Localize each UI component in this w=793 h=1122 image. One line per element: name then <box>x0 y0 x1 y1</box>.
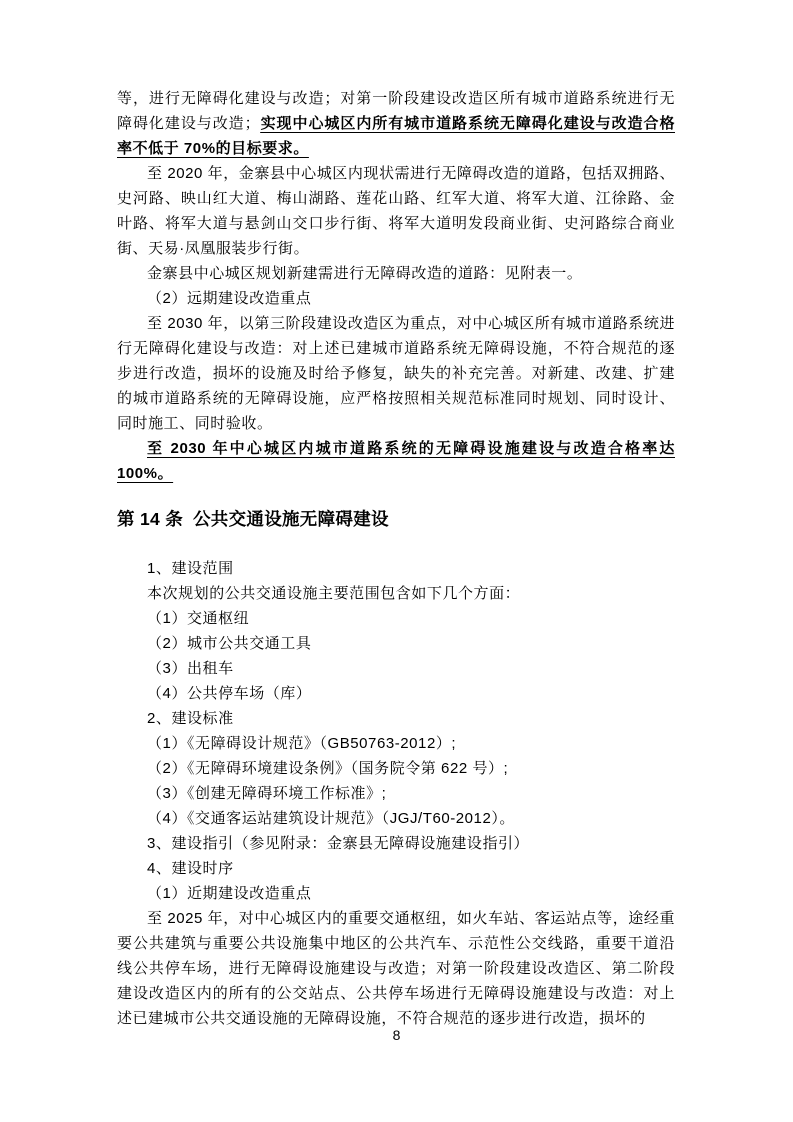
paragraph-2030-target: 至 2030 年中心城区内城市道路系统的无障碍设施建设与改造合格率达 100%。 <box>117 436 675 486</box>
paragraph-2020-roads: 至 2020 年，金寨县中心城区内现状需进行无障碍改造的道路，包括双拥路、史河路… <box>117 161 675 261</box>
list-item: 2、建设标准 <box>117 706 675 731</box>
list-item: （2）《无障碍环境建设条例》（国务院令第 622 号）; <box>117 756 675 781</box>
list-item: （1）近期建设改造重点 <box>117 881 675 906</box>
list-item: （4）《交通客运站建筑设计规范》（JGJ/T60-2012）。 <box>117 806 675 831</box>
heading-article-number: 第 14 条 <box>117 509 183 529</box>
list-item: 1、建设范围 <box>117 556 675 581</box>
list-item: 本次规划的公共交通设施主要范围包含如下几个方面： <box>117 581 675 606</box>
section-heading-article-14: 第 14 条公共交通设施无障碍建设 <box>117 506 675 532</box>
paragraph-continuation: 等，进行无障碍化建设与改造；对第一阶段建设改造区所有城市道路系统进行无障碍化建设… <box>117 86 675 161</box>
paragraph-longterm-label: （2）远期建设改造重点 <box>117 286 675 311</box>
list-item: 4、建设时序 <box>117 856 675 881</box>
document-page: 等，进行无障碍化建设与改造；对第一阶段建设改造区所有城市道路系统进行无障碍化建设… <box>0 0 793 1122</box>
list-item: （2）城市公共交通工具 <box>117 631 675 656</box>
list-item: （1）《无障碍设计规范》（GB50763-2012）; <box>117 731 675 756</box>
document-content: 等，进行无障碍化建设与改造；对第一阶段建设改造区所有城市道路系统进行无障碍化建设… <box>117 86 675 1031</box>
paragraph-2025-plan: 至 2025 年，对中心城区内的重要交通枢纽，如火车站、客运站点等，途经重要公共… <box>117 906 675 1031</box>
list-item: （4）公共停车场（库） <box>117 681 675 706</box>
heading-title: 公共交通设施无障碍建设 <box>193 509 389 529</box>
list-item: （3）《创建无障碍环境工作标准》; <box>117 781 675 806</box>
page-number: 8 <box>0 1026 793 1044</box>
list-item: （1）交通枢纽 <box>117 606 675 631</box>
list-item: （3）出租车 <box>117 656 675 681</box>
paragraph-2030-plan: 至 2030 年，以第三阶段建设改造区为重点，对中心城区所有城市道路系统进行无障… <box>117 311 675 436</box>
list-item: 3、建设指引（参见附录：金寨县无障碍设施建设指引） <box>117 831 675 856</box>
paragraph-new-roads: 金寨县中心城区规划新建需进行无障碍改造的道路：见附表一。 <box>117 261 675 286</box>
